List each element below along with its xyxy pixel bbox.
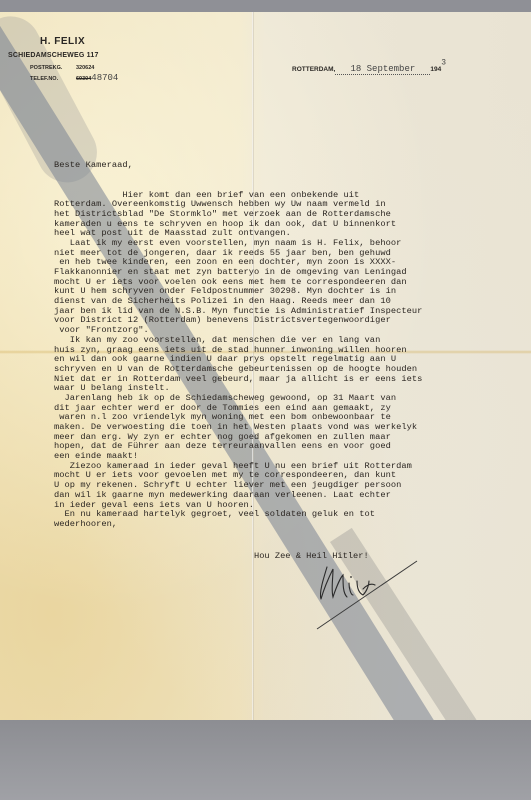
postrekg-value: 320624 [76,65,94,71]
letter-paragraphs: Hier komt dan een brief van een onbekend… [54,191,524,530]
postrekg-line: POSTREKG.320624 [30,65,94,71]
telef-typed-number: 48704 [91,73,118,83]
letter-line: wederhooren, [54,520,524,530]
date-city: ROTTERDAM, [292,66,335,73]
date-value: 18 September [335,64,430,75]
postrekg-label: POSTREKG. [30,65,76,71]
date-year-typed: 3 [441,59,446,68]
table-surface [0,718,531,800]
telephone-line: TELEF.NO.6930448704 [30,73,118,83]
telef-label: TELEF.NO. [30,76,76,82]
salutation: Beste Kameraad, [54,161,524,171]
letter-line: En nu kameraad hartelyk gegroet, veel so… [54,510,524,520]
handwritten-signature [313,555,423,635]
sender-address: SCHIEDAMSCHEWEG 117 [8,52,99,59]
dateline: ROTTERDAM,18 September1943 [292,58,446,76]
telef-struck-number: 69304 [76,76,91,82]
date-year-printed: 194 [430,66,441,73]
letter-body: Beste Kameraad, Hier komt dan een brief … [54,142,524,539]
sender-name: H. FELIX [40,36,85,47]
